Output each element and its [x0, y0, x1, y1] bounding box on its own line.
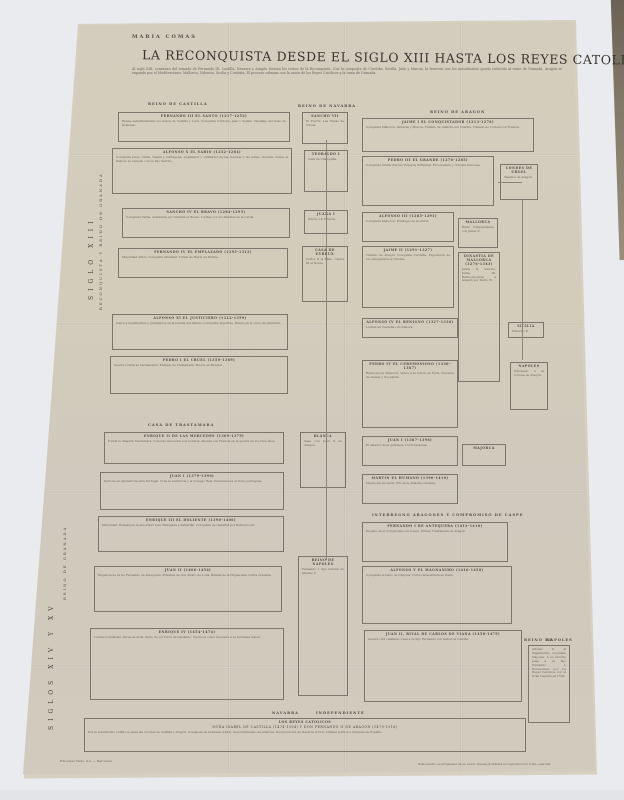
reign-heading: CASA DE EVREUX: [306, 249, 344, 257]
reign-box-aragon: ALFONSO V EL MAGNANIMO (1416-1458) Conqu…: [362, 566, 512, 624]
reign-box-navarra-long: REINO DE NAPOLES Fernando I, hijo natura…: [298, 556, 348, 696]
background-surface: [0, 790, 624, 800]
reign-text: Reúne definitivamente los reinos de Cast…: [122, 120, 286, 128]
reign-box-aragon: ALFONSO IV EL BENIGNO (1327-1336) Luchas…: [362, 318, 458, 338]
vertical-label-century-13: SIGLO XIII: [88, 170, 95, 300]
reign-box-trastamara: ENRIQUE IV (1454-1474) Luchas nobiliaria…: [90, 628, 284, 700]
napoles-box: Alfonso V, el Magnánimo, conquista Nápol…: [528, 645, 570, 723]
reign-text: Carlos II el Malo. Carlos III el Noble.: [306, 258, 344, 266]
reign-text: El Fuerte. Las Navas de Tolosa.: [306, 120, 344, 128]
reign-text: Luchas nobiliarias. Farsa de Ávila. Pact…: [94, 636, 280, 640]
reign-text: Derrota en Aljubarrota ante Portugal. Cr…: [104, 480, 280, 484]
reign-box-navarra: SANCHO VII El Fuerte. Las Navas de Tolos…: [302, 112, 348, 144]
side-box: SICILIA Federico II.: [508, 322, 544, 338]
reign-text: Guerra contra su hermanastro Enrique de …: [114, 364, 284, 368]
background-wall: [602, 0, 624, 260]
reign-box-aragon: JUAN II, RIVAL DE CARLOS DE VIANA (1458-…: [364, 630, 522, 702]
side-text: Vasallos de Aragón.: [504, 176, 534, 180]
reign-box-castilla: FERNANDO IV EL EMPLAZADO (1295-1312) Min…: [118, 248, 288, 278]
reign-text: El amador de la gentileza. Corte fastuos…: [366, 444, 454, 448]
reyes-catolicos-box: LOS REYES CATOLICOS DOÑA ISABEL DE CASTI…: [84, 718, 526, 752]
publisher-footer: Ediciones Teide, S.A. — Barcelona: [60, 759, 112, 763]
reign-text: Casa con Juan II de Aragón.: [304, 440, 342, 448]
section-heading-aragon: REINO DE ARAGON: [430, 110, 485, 114]
side-heading: CONDES DE URGEL: [504, 167, 534, 175]
side-text: Federico II.: [512, 330, 540, 334]
reign-box-aragon: PEDRO IV EL CEREMONIOSO (1336-1387) Rein…: [362, 360, 458, 428]
reyes-catolicos-text: Por su matrimonio (1469) se unen las cor…: [88, 731, 522, 735]
side-text: Reino independiente con Jaime II.: [462, 226, 494, 234]
poster-intro: Al siglo XIII, comienzo del reinado de F…: [132, 67, 562, 76]
reign-box-trastamara: ENRIQUE II DE LAS MERCEDES (1369-1379) F…: [104, 432, 284, 464]
reign-heading: REINO DE NAPOLES: [302, 559, 344, 567]
reign-box-aragon: ALFONSO III (1285-1291) Conquista Menorc…: [362, 212, 454, 242]
reign-box-navarra: CASA DE EVREUX Carlos II el Malo. Carlos…: [302, 246, 348, 302]
reign-text: Fernando I, hijo natural de Alfonso V.: [302, 568, 344, 576]
reign-text: Regencia de su tío Fernando de Antequera…: [98, 574, 278, 578]
reign-box-aragon: PEDRO III EL GRANDE (1276-1285) Conquist…: [362, 156, 494, 206]
reign-box-castilla: SANCHO IV EL BRAVO (1284-1295) Conquista…: [122, 208, 290, 238]
connector-line: [522, 200, 523, 360]
section-heading-navarra-bottom: NAVARRA: [272, 711, 299, 715]
side-text: Vinculado a la Corona de Aragón.: [514, 370, 544, 378]
section-heading-castilla: REINO DE CASTILLA: [148, 102, 208, 106]
reign-text: Minoridad difícil. Conquista Gibraltar. …: [122, 256, 284, 260]
reign-text: Minoridad. Restablece la autoridad real.…: [102, 524, 280, 528]
copyright-footer: Este cuadro es propiedad de su autor. Qu…: [418, 762, 551, 766]
reign-text: Conquista Mallorca, Valencia y Murcia. T…: [366, 126, 530, 130]
reign-box-castilla: ALFONSO XI EL JUSTICIERO (1312-1350) Ven…: [112, 314, 288, 350]
reign-heading: PEDRO IV EL CEREMONIOSO (1336-1387): [366, 363, 454, 371]
reign-text: Elegido en el Compromiso de Caspe. Prime…: [366, 530, 504, 534]
reign-box-aragon: JAIME I EL CONQUISTADOR (1213-1276) Conq…: [362, 118, 534, 152]
side-box: DINASTIA DE MALLORCA (1276-1343) Jaime I…: [458, 252, 500, 382]
reign-box-trastamara: ENRIQUE III EL DOLIENTE (1390-1406) Mino…: [98, 516, 284, 552]
vertical-label-century-14-15-sub: REINO DE GRANADA: [62, 400, 67, 600]
reign-text: Luchas en Cerdeña con Génova.: [366, 326, 454, 330]
vertical-label-century-13-sub: RECONQUISTA Y REINO DE GRANADA: [98, 170, 103, 310]
side-box: MALLORCA Reino independiente con Jaime I…: [458, 218, 498, 248]
reign-box-aragon: JAIME II (1291-1327) Tratado de Anagni. …: [362, 246, 454, 308]
napoles-text: Alfonso V, el Magnánimo, conquista Nápol…: [532, 648, 566, 679]
reign-text: Reincorpora Mallorca. Vence a la Unión e…: [366, 372, 454, 380]
reign-text: Conquista Jerez, Cádiz, Niebla y Cartage…: [116, 156, 288, 164]
reign-text: Funda la dinastía Trastámara. Concede me…: [108, 440, 280, 444]
reign-text: Tratado de Anagni. Conquista Cerdeña. Ex…: [366, 254, 450, 262]
reign-box-aragon: JUAN I (1387-1396) El amador de la genti…: [362, 436, 458, 466]
reign-text: Conquista Sicilia tras las Vísperas Sici…: [366, 164, 490, 168]
reign-box-aragon: FERNANDO I DE ANTEQUERA (1412-1416) Eleg…: [362, 522, 508, 562]
section-heading-trastamara: CASA DE TRASTAMARA: [148, 423, 214, 427]
reign-box-navarra: BLANCA Casa con Juan II de Aragón.: [300, 432, 346, 488]
reign-text: Conquista Tarifa, defendida por Guzmán e…: [126, 216, 286, 220]
reign-text: Guerra civil catalana. Casa a su hijo Fe…: [368, 638, 518, 642]
side-text: Jaime II, Sancho, Jaime III. Reincorpora…: [462, 268, 496, 284]
connector-line: [498, 182, 522, 183]
connector-line: [326, 140, 327, 560]
reign-box-castilla: ALFONSO X EL SABIO (1252-1284) Conquista…: [112, 148, 292, 194]
reign-text: Conquista Menorca. Privilegio de la Unió…: [366, 220, 450, 224]
vertical-label-century-14-15: SIGLOS XIV Y XV: [48, 470, 55, 730]
side-heading: MAJORCA: [466, 447, 502, 451]
reign-box-castilla: PEDRO I EL CRUEL (1350-1369) Guerra cont…: [110, 356, 288, 394]
reign-box-trastamara: JUAN I (1379-1390) Derrota en Aljubarrot…: [100, 472, 284, 510]
section-heading-interregno: INTERREGNO ARAGONES Y COMPROMISO DE CASP…: [372, 513, 524, 517]
reign-text: Muere sin sucesión. Fin de la dinastía c…: [366, 482, 454, 486]
section-heading-navarra: REINO DE NAVARRA: [298, 104, 356, 108]
reign-text: Conquista el reino de Nápoles. Corte ren…: [366, 574, 508, 578]
reign-text: Vence a benimerines y granadinos en la b…: [116, 322, 284, 326]
napoles-label: NAPOLES: [546, 638, 573, 642]
reign-box-castilla: FERNANDO III EL SANTO (1217-1252) Reúne …: [118, 112, 290, 142]
side-box: NAPOLES Vinculado a la Corona de Aragón.: [510, 362, 548, 410]
poster-author: MARIA COMAS: [132, 34, 197, 40]
section-heading-navarra-independiente: INDEPENDIENTE: [316, 711, 365, 715]
side-box: MAJORCA: [462, 444, 506, 466]
side-heading: DINASTIA DE MALLORCA (1276-1343): [462, 255, 496, 267]
reign-box-aragon: MARTIN EL HUMANO (1396-1410) Muere sin s…: [362, 474, 458, 504]
reign-box-trastamara: JUAN II (1406-1454) Regencia de su tío F…: [94, 566, 282, 612]
